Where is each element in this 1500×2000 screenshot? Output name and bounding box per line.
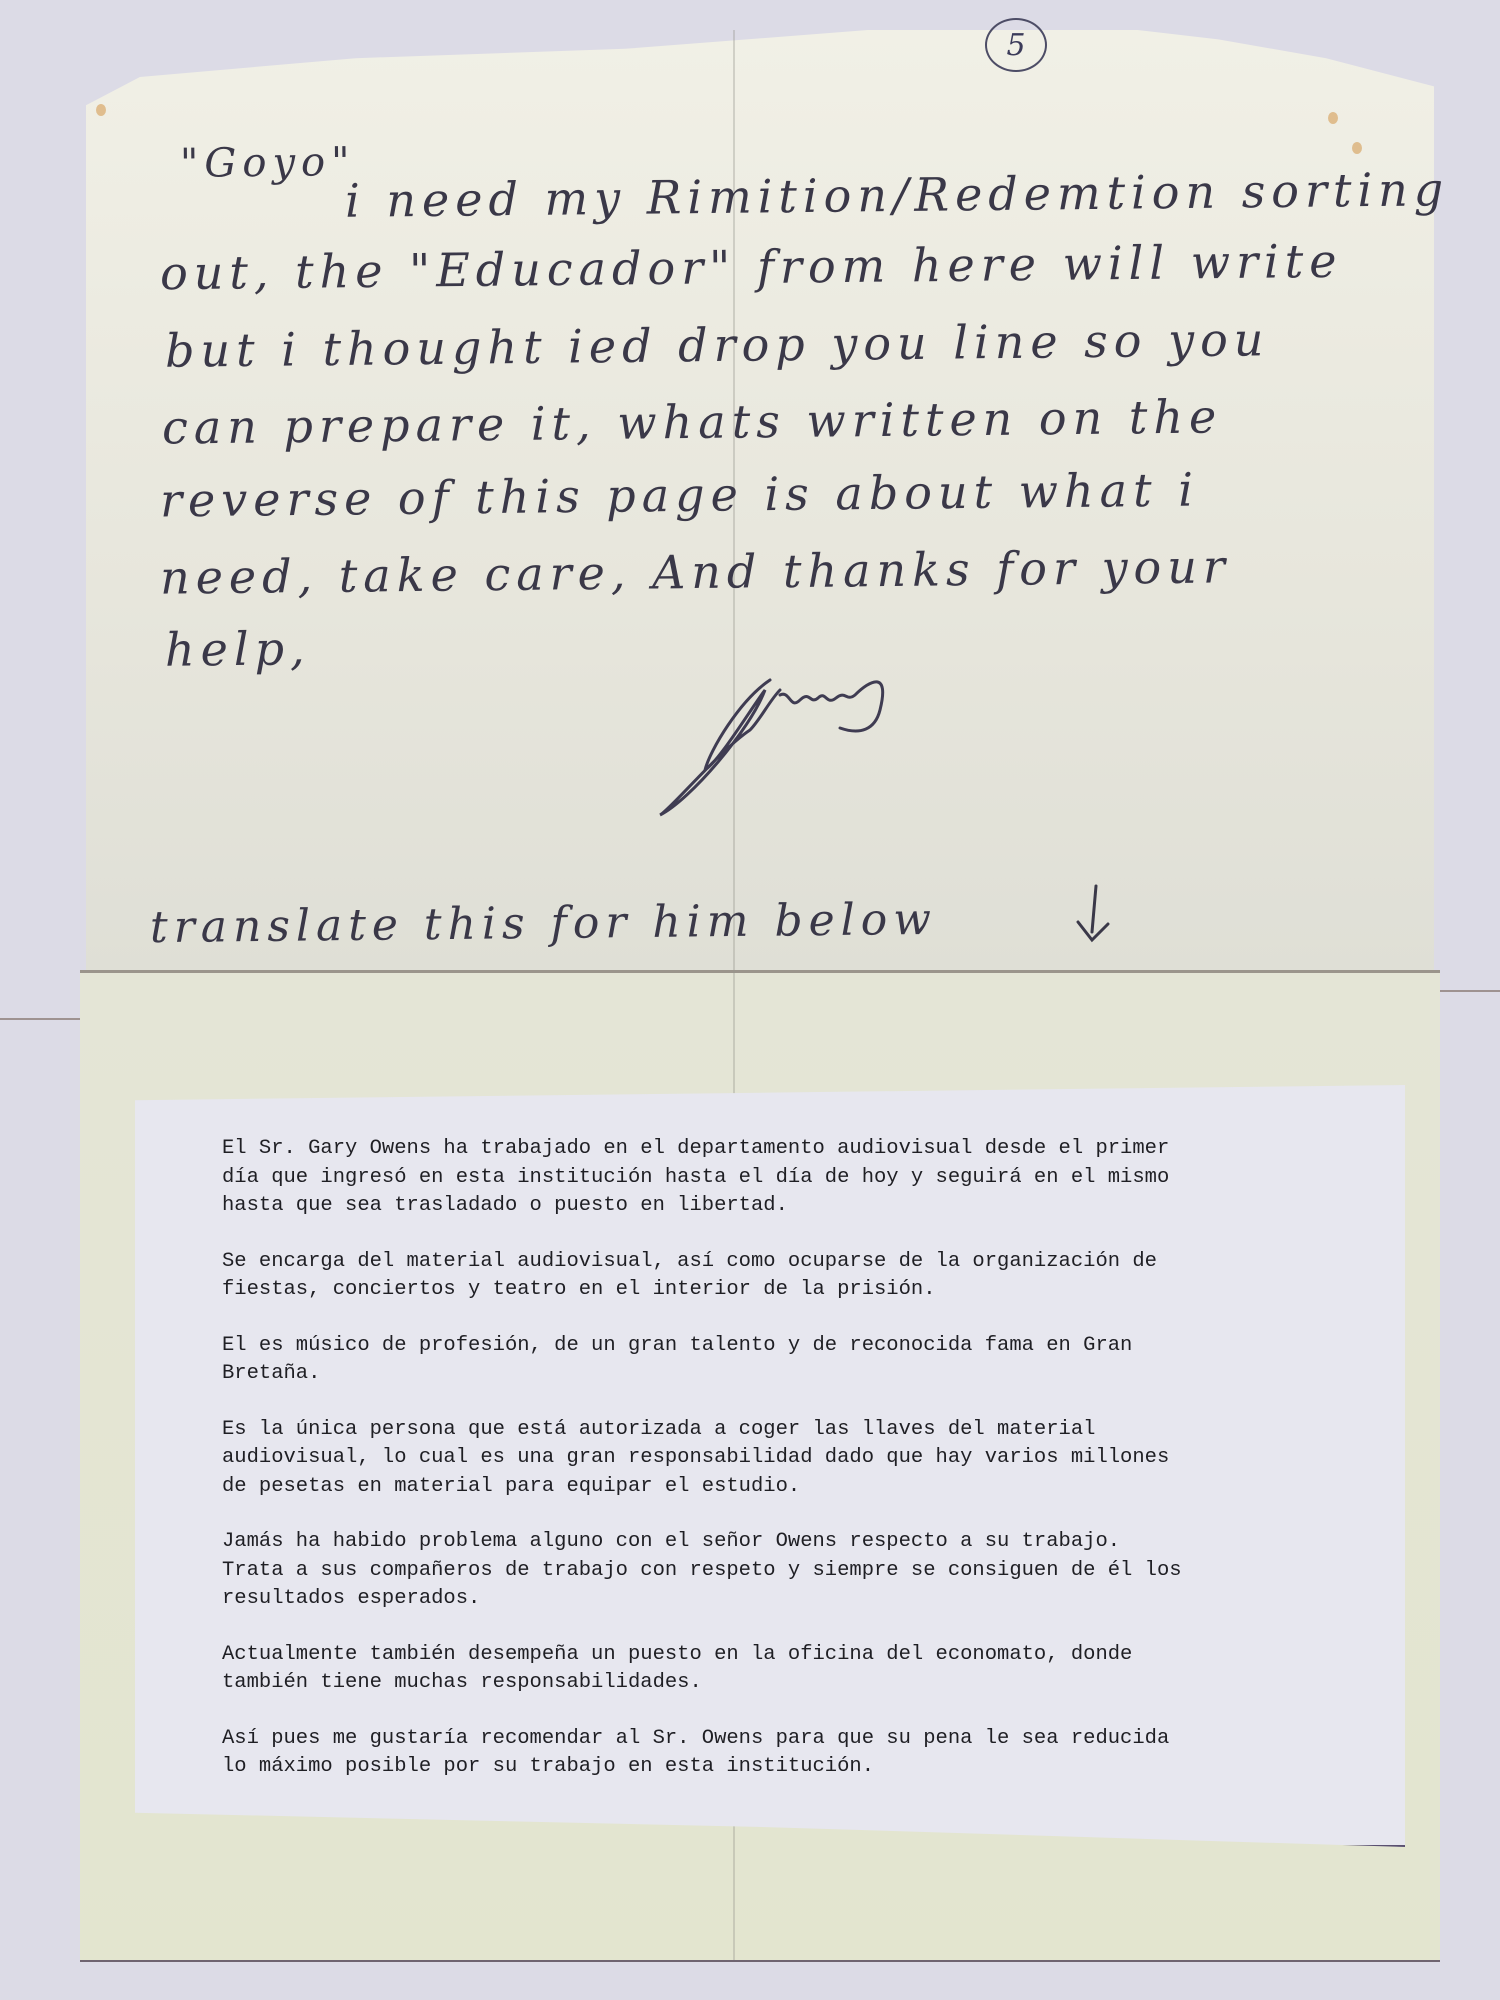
typed-paragraph: El es músico de profesión, de un gran ta… (222, 1332, 1322, 1389)
handwritten-line: need, take care, And thanks for your (160, 539, 1231, 604)
typed-paragraph: Así pues me gustaría recomendar al Sr. O… (222, 1725, 1322, 1782)
handwritten-line: but i thought ied drop you line so you (165, 312, 1270, 378)
typed-paragraph: Se encarga del material audiovisual, así… (222, 1248, 1322, 1305)
handwritten-line: reverse of this page is about what i (160, 463, 1199, 528)
stain (96, 104, 106, 116)
typed-paragraph: Es la única persona que está autorizada … (222, 1416, 1322, 1502)
typed-paragraph: Actualmente también desempeña un puesto … (222, 1641, 1322, 1698)
typed-paragraph: El Sr. Gary Owens ha trabajado en el dep… (222, 1135, 1322, 1221)
background-fold-line (1440, 990, 1500, 992)
page-number-circle: 5 (985, 18, 1047, 72)
background-fold-line (0, 1018, 90, 1020)
translate-instruction: translate this for him below (150, 894, 937, 953)
handwritten-line: can prepare it, whats written on the (162, 389, 1223, 454)
stain (1328, 112, 1338, 124)
handwritten-line: help, (165, 621, 311, 677)
salutation: "Goyo" (180, 139, 356, 187)
typed-recommendation-letter: El Sr. Gary Owens ha trabajado en el dep… (222, 1135, 1322, 1809)
down-arrow-icon (1070, 884, 1120, 954)
horizontal-fold (80, 970, 1440, 973)
stain (1352, 142, 1362, 154)
page-number: 5 (1006, 28, 1025, 63)
signature (650, 640, 1000, 820)
typed-paragraph: Jamás ha habido problema alguno con el s… (222, 1528, 1322, 1614)
handwritten-line: i need my Rimition/Redemtion sorting (345, 162, 1450, 228)
